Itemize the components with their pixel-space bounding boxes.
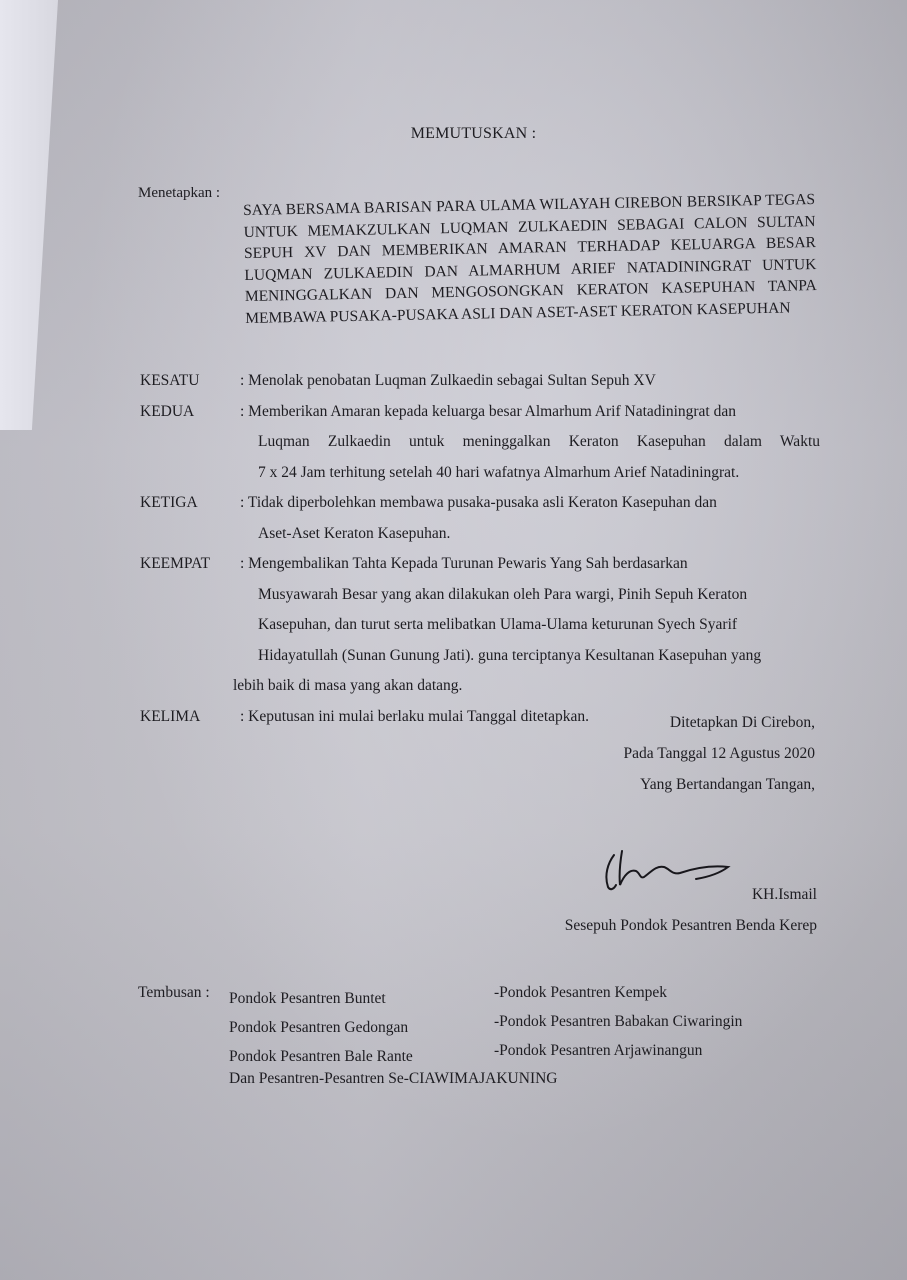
document-title: MEMUTUSKAN : — [0, 125, 907, 143]
decision-statement: SAYA BERSAMA BARISAN PARA ULAMA WILAYAH … — [243, 189, 817, 329]
item-text: Musyawarah Besar yang akan dilakukan ole… — [240, 580, 820, 611]
tembusan-item: Pondok Pesantren Gedongan — [229, 1013, 413, 1042]
item-label: KEDUA — [140, 397, 240, 489]
tembusan-footer: Dan Pesantren-Pesantren Se-CIAWIMAJAKUNI… — [229, 1070, 558, 1088]
item-kesatu: KESATU : Menolak penobatan Luqman Zulkae… — [140, 366, 820, 397]
item-text: : Tidak diperbolehkan membawa pusaka-pus… — [240, 488, 820, 519]
tembusan-label: Tembusan : — [138, 984, 210, 1002]
tembusan-item: -Pondok Pesantren Babakan Ciwaringin — [494, 1007, 742, 1036]
item-text: : Menolak penobatan Luqman Zulkaedin seb… — [240, 366, 820, 397]
item-text: : Mengembalikan Tahta Kepada Turunan Pew… — [240, 549, 820, 580]
signing-place: Ditetapkan Di Cirebon, — [623, 707, 815, 738]
item-label: KEEMPAT — [140, 549, 240, 702]
menetapkan-label: Menetapkan : — [138, 185, 220, 202]
tembusan-item: Pondok Pesantren Buntet — [229, 984, 413, 1013]
item-text: lebih baik di masa yang akan datang. — [233, 671, 820, 702]
item-keempat: KEEMPAT : Mengembalikan Tahta Kepada Tur… — [140, 549, 820, 702]
tembusan-item: -Pondok Pesantren Arjawinangun — [494, 1036, 742, 1065]
signature-block: Ditetapkan Di Cirebon, Pada Tanggal 12 A… — [623, 707, 815, 800]
item-text: Kasepuhan, dan turut serta melibatkan Ul… — [240, 610, 820, 641]
item-ketiga: KETIGA : Tidak diperbolehkan membawa pus… — [140, 488, 820, 549]
tembusan-item: Pondok Pesantren Bale Rante — [229, 1042, 413, 1071]
item-text: Luqman Zulkaedin untuk meninggalkan Kera… — [240, 427, 820, 458]
item-label: KELIMA — [140, 702, 240, 733]
item-label: KETIGA — [140, 488, 240, 549]
signing-date: Pada Tanggal 12 Agustus 2020 — [623, 738, 815, 769]
item-text: 7 x 24 Jam terhitung setelah 40 hari waf… — [240, 458, 820, 489]
signer-name: KH.Ismail — [752, 886, 817, 904]
signer-role: Sesepuh Pondok Pesantren Benda Kerep — [565, 917, 817, 935]
decision-items: KESATU : Menolak penobatan Luqman Zulkae… — [140, 366, 820, 732]
tembusan-item: -Pondok Pesantren Kempek — [494, 978, 742, 1007]
signed-by-label: Yang Bertandangan Tangan, — [623, 769, 815, 800]
item-text: Aset-Aset Keraton Kasepuhan. — [240, 519, 820, 550]
tembusan-right-column: -Pondok Pesantren Kempek -Pondok Pesantr… — [494, 978, 742, 1065]
item-text: : Memberikan Amaran kepada keluarga besa… — [240, 397, 820, 428]
handwritten-signature-icon — [600, 845, 740, 895]
item-label: KESATU — [140, 366, 240, 397]
tembusan-left-column: Pondok Pesantren Buntet Pondok Pesantren… — [229, 984, 413, 1071]
decree-document: MEMUTUSKAN : Menetapkan : SAYA BERSAMA B… — [0, 0, 907, 1280]
item-text: Hidayatullah (Sunan Gunung Jati). guna t… — [240, 641, 820, 672]
item-kedua: KEDUA : Memberikan Amaran kepada keluarg… — [140, 397, 820, 489]
